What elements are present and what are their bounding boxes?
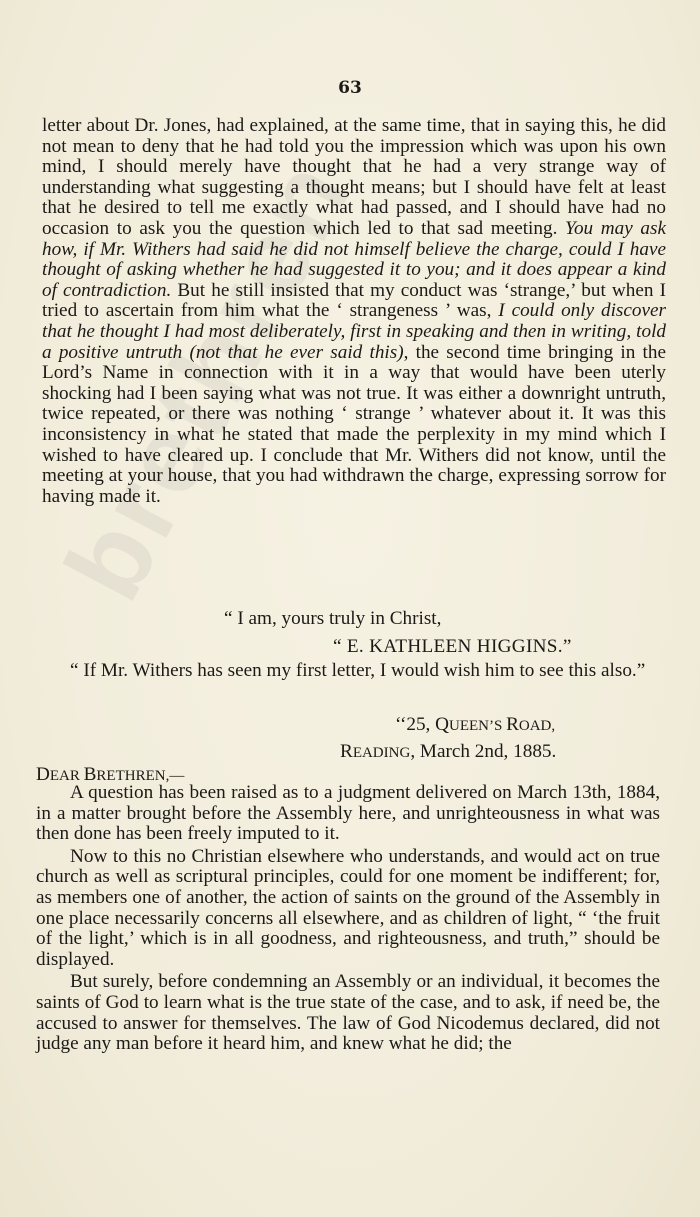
sc-small: oad, [519,718,555,734]
address-number: ‘‘25, [395,714,435,735]
letter2-body: A question has been raised as to a judgm… [36,783,660,1057]
letter2-paragraph: But surely, before condemning an Assembl… [36,972,660,1054]
sc-cap: R [506,714,519,735]
sc-small: ueen’s [449,718,506,734]
sc-cap: Q [435,714,449,735]
letter2-address-line1: ‘‘25, Queen’s Road, [395,714,555,736]
sc-cap: R [340,741,353,762]
letter1-postscript: “ If Mr. Withers has seen my first lette… [36,661,662,682]
sc-cap: D [36,764,50,785]
sc-small: eading [353,745,411,761]
letter1-body: letter about Dr. Jones, had explained, a… [42,116,666,507]
letter2-address-line2: Reading, March 2nd, 1885. [340,741,556,763]
letter-date: , March 2nd, 1885. [410,741,556,762]
letter2-paragraph: A question has been raised as to a judgm… [36,783,660,845]
letter1-closing: “ I am, yours truly in Christ, [224,608,441,630]
text-run: , the second time bringing in the Lord’s… [42,342,666,507]
letter2-paragraph: Now to this no Christian elsewhere who u… [36,847,660,971]
postscript-text: “ If Mr. Withers has seen my first lette… [36,661,662,682]
letter1-signature: “ E. KATHLEEN HIGGINS.” [333,636,572,658]
letter1-paragraph: letter about Dr. Jones, had explained, a… [42,116,666,507]
book-page: brethren 63 letter about Dr. Jones, had … [0,0,700,1217]
page-number: 63 [0,78,700,98]
